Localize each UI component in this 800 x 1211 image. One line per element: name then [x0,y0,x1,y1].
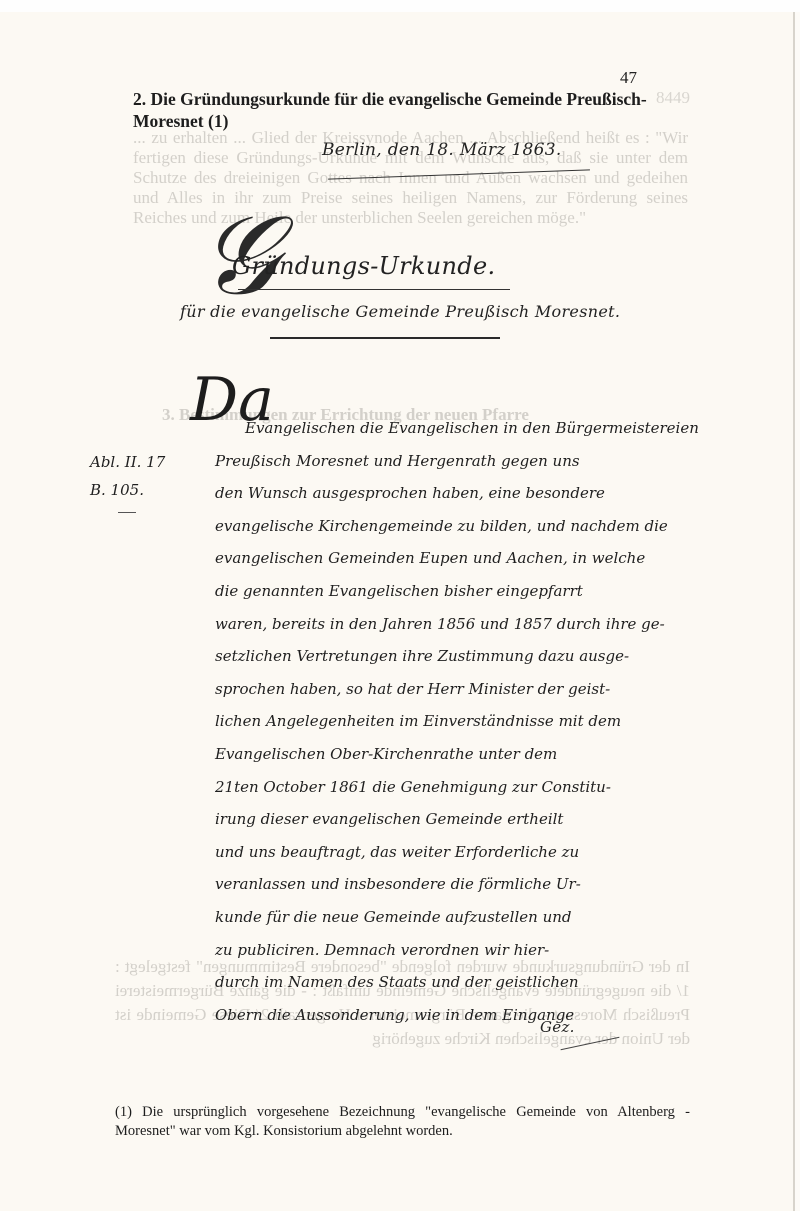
manuscript-line: sprochen haben, so hat der Herr Minister… [215,673,699,706]
manuscript-subheading: für die evangelische Gemeinde Preußisch … [180,302,620,321]
margin-annotation: Abl. II. 17 B. 105. [90,448,165,504]
manuscript-line: evangelische Kirchengemeinde zu bilden, … [215,510,699,543]
manuscript-line: irung dieser evangelischen Gemeinde erth… [215,803,699,836]
manuscript-line: 21ten October 1861 die Genehmigung zur C… [215,771,699,804]
manuscript-line: lichen Angelegenheiten im Einverständnis… [215,705,699,738]
manuscript-line: durch im Namen des Staats und der geistl… [215,966,699,999]
bleed-through-number: 8449 [656,88,690,108]
subheading-rule [270,337,500,339]
manuscript-line: Obern die Aussonderung, wie in dem Einga… [215,999,699,1032]
heading-underline [238,289,510,290]
manuscript-heading: Gründungs-Urkunde. [232,252,495,280]
manuscript-line: setzlichen Vertretungen ihre Zustimmung … [215,640,699,673]
manuscript-date-line: Berlin, den 18. März 1863. [322,140,562,160]
manuscript-line: veranlassen und insbesondere die förmlic… [215,868,699,901]
manuscript-line: waren, bereits in den Jahren 1856 und 18… [215,608,699,641]
margin-note-line: B. 105. [90,476,165,504]
margin-dash [118,512,136,513]
manuscript-line: zu publiciren. Demnach verordnen wir hie… [215,934,699,967]
manuscript-line: Evangelischen Ober-Kirchenrathe unter de… [215,738,699,771]
page-number: 47 [620,68,637,88]
manuscript-body: Evangelischen die Evangelischen in den B… [215,412,699,1031]
section-title: 2. Die Gründungsurkunde für die evangeli… [133,88,653,132]
scan-top-margin [0,0,800,12]
manuscript-line: die genannten Evangelischen bisher einge… [215,575,699,608]
manuscript-signature: Gez. [540,1018,575,1036]
manuscript-line: kunde für die neue Gemeinde aufzustellen… [215,901,699,934]
manuscript-line: und uns beauftragt, das weiter Erforderl… [215,836,699,869]
manuscript-line: Evangelischen die Evangelischen in den B… [215,412,699,445]
manuscript-line: den Wunsch ausgesprochen haben, eine bes… [215,477,699,510]
footnote: (1) Die ursprünglich vorgesehene Bezeich… [115,1103,690,1141]
manuscript-line: Preußisch Moresnet und Hergenrath gegen … [215,445,699,478]
manuscript-line: evangelischen Gemeinden Eupen und Aachen… [215,542,699,575]
margin-note-line: Abl. II. 17 [90,448,165,476]
